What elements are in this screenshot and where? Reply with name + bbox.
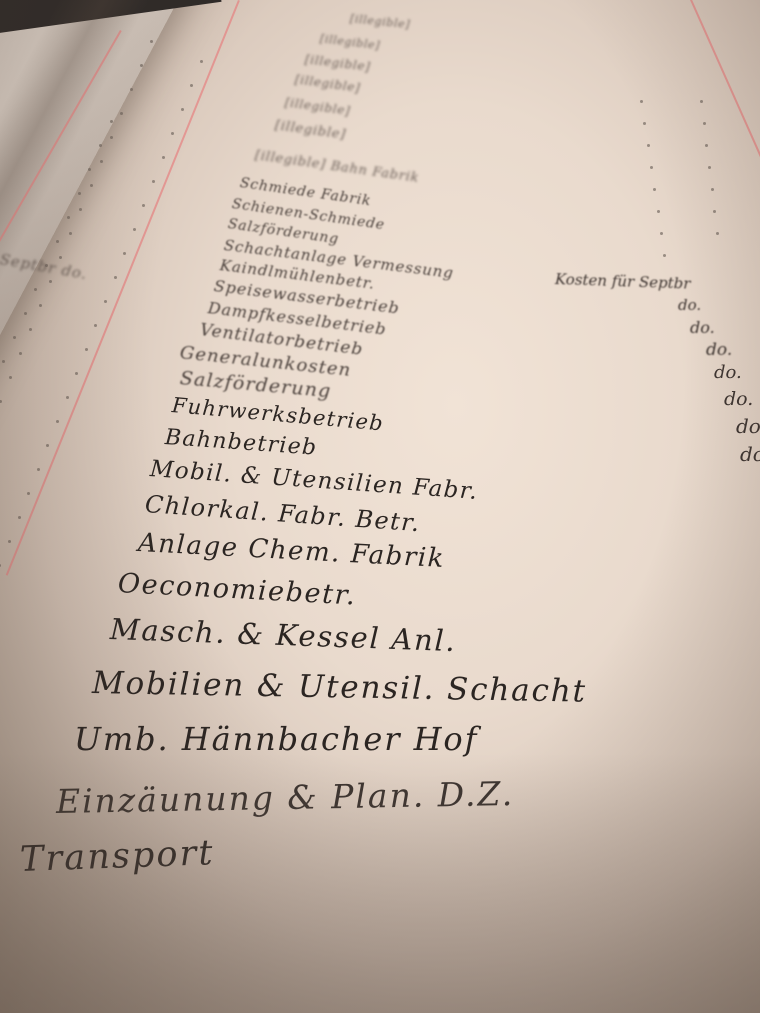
ledger-entry-faint: [illegible]: [304, 52, 371, 74]
ledger-entry-faint: [illegible]: [319, 32, 381, 52]
guide-dot: [700, 100, 703, 103]
guide-dot: [140, 64, 143, 67]
guide-dot: [190, 84, 193, 87]
guide-dot: [657, 210, 660, 213]
guide-dot: [29, 328, 32, 331]
guide-dot: [181, 108, 184, 111]
guide-dot: [94, 324, 97, 327]
guide-dot: [114, 276, 117, 279]
guide-dot: [640, 100, 643, 103]
guide-dot: [643, 122, 646, 125]
guide-dot: [110, 120, 113, 123]
ditto-mark: do.: [678, 296, 701, 314]
ledger-entry: Umb. Hännbacher Hof: [74, 720, 478, 758]
ditto-mark: do.: [706, 340, 732, 360]
guide-dot: [46, 444, 49, 447]
guide-dot: [200, 60, 203, 63]
guide-dot: [650, 166, 653, 169]
guide-dot: [162, 156, 165, 159]
guide-dot: [0, 400, 2, 403]
guide-dot: [130, 88, 133, 91]
right-column-header: Kosten für Septbr: [555, 270, 691, 293]
guide-dot: [142, 204, 145, 207]
ledger-entry-faint: [illegible]: [274, 118, 347, 143]
ditto-mark: do.: [724, 388, 753, 410]
ledger-photo: Septbr do. [illegible] [illegible] [ille…: [0, 0, 760, 1013]
guide-dot: [99, 144, 102, 147]
guide-dot: [59, 256, 62, 259]
guide-dot: [703, 122, 706, 125]
guide-dot: [85, 348, 88, 351]
guide-dot: [75, 372, 78, 375]
guide-dot: [0, 564, 1, 567]
ledger-entry-faint: [illegible]: [349, 12, 411, 31]
guide-dot: [150, 40, 153, 43]
guide-dot: [647, 144, 650, 147]
ledger-entry: Masch. & Kessel Anl.: [109, 612, 457, 658]
guide-dot: [49, 280, 52, 283]
ditto-mark: do.: [690, 318, 715, 337]
guide-dot: [9, 376, 12, 379]
guide-dot: [56, 420, 59, 423]
guide-dot: [24, 312, 27, 315]
red-ruling-line: [690, 0, 760, 219]
ledger-entry: Transport: [19, 833, 215, 880]
guide-dot: [716, 232, 719, 235]
guide-dot: [88, 168, 91, 171]
guide-dot: [19, 352, 22, 355]
guide-dot: [110, 136, 113, 139]
guide-dot: [120, 112, 123, 115]
guide-dot: [133, 228, 136, 231]
ledger-entry-faint: [illegible]: [284, 95, 351, 118]
guide-dot: [705, 144, 708, 147]
guide-dot: [2, 360, 5, 363]
ditto-mark: do.: [740, 442, 760, 466]
guide-dot: [123, 252, 126, 255]
ditto-mark: do.: [714, 362, 742, 383]
guide-dot: [69, 232, 72, 235]
guide-dot: [79, 208, 82, 211]
ditto-mark: do.: [736, 414, 760, 438]
guide-dot: [18, 516, 21, 519]
guide-dot: [104, 300, 107, 303]
guide-dot: [653, 188, 656, 191]
guide-dot: [8, 540, 11, 543]
guide-dot: [171, 132, 174, 135]
guide-dot: [660, 232, 663, 235]
guide-dot: [711, 188, 714, 191]
guide-dot: [663, 254, 666, 257]
guide-dot: [90, 184, 93, 187]
ledger-entry: Oeconomiebetr.: [117, 568, 357, 611]
guide-dot: [713, 210, 716, 213]
ledger-entry: Einzäunung & Plan. D.Z.: [56, 774, 515, 821]
guide-dot: [152, 180, 155, 183]
guide-dot: [27, 492, 30, 495]
ledger-entry-faint: [illegible]: [294, 72, 361, 95]
guide-dot: [67, 216, 70, 219]
guide-dot: [34, 288, 37, 291]
guide-dot: [66, 396, 69, 399]
guide-dot: [708, 166, 711, 169]
ledger-entry: Mobilien & Utensil. Schacht: [92, 665, 588, 710]
guide-dot: [100, 160, 103, 163]
guide-dot: [39, 304, 42, 307]
guide-dot: [37, 468, 40, 471]
ledger-entry: Bahnbetrieb: [164, 425, 318, 461]
guide-dot: [56, 240, 59, 243]
guide-dot: [78, 192, 81, 195]
guide-dot: [13, 336, 16, 339]
